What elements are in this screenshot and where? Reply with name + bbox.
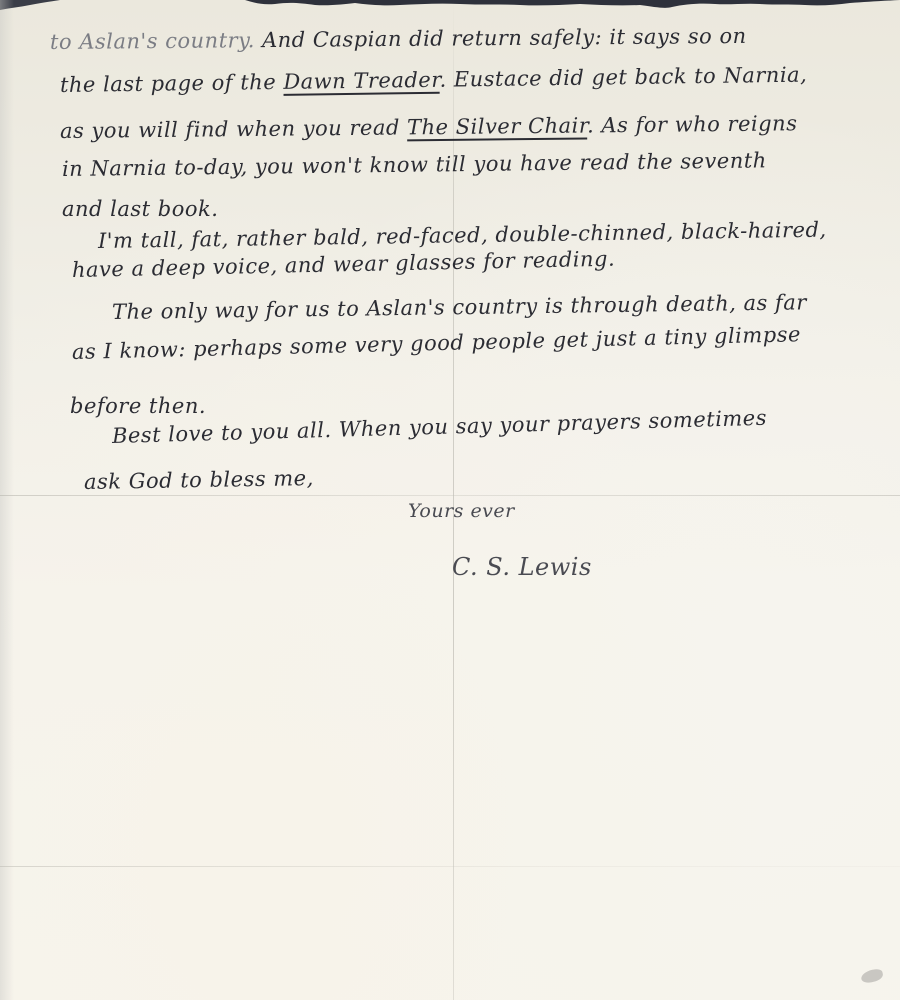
line-12-text: ask God to bless me, [84, 466, 314, 494]
letter-signature: C. S. Lewis [452, 553, 592, 581]
line-5-text: and last book. [62, 197, 218, 221]
book-title-silver-chair: The Silver Chair [407, 113, 587, 139]
letter-closing: Yours ever [408, 500, 515, 522]
line-1-segment-1: to Aslan's country. [50, 28, 255, 54]
horizontal-fold-line [0, 495, 900, 496]
line-1-segment-2: And Caspian did return safely: it says s… [255, 24, 747, 52]
horizontal-fold-line-lower [0, 866, 900, 867]
line-10-text: before then. [70, 394, 206, 418]
letter-line-12: ask God to bless me, [84, 466, 314, 494]
scan-torn-edge [0, 0, 900, 12]
line-2-segment-1: the last page of the [60, 70, 284, 97]
line-3-segment-3: . As for who reigns [587, 111, 798, 137]
book-title-dawn-treader: Dawn Treader [283, 68, 439, 94]
line-3-segment-1: as you will find when you read [60, 115, 407, 143]
scan-left-shadow [0, 0, 14, 1000]
letter-line-5: and last book. [62, 197, 218, 221]
letter-line-10: before then. [70, 394, 206, 418]
line-2-segment-3: . Eustace did get back to Narnia, [439, 63, 807, 92]
